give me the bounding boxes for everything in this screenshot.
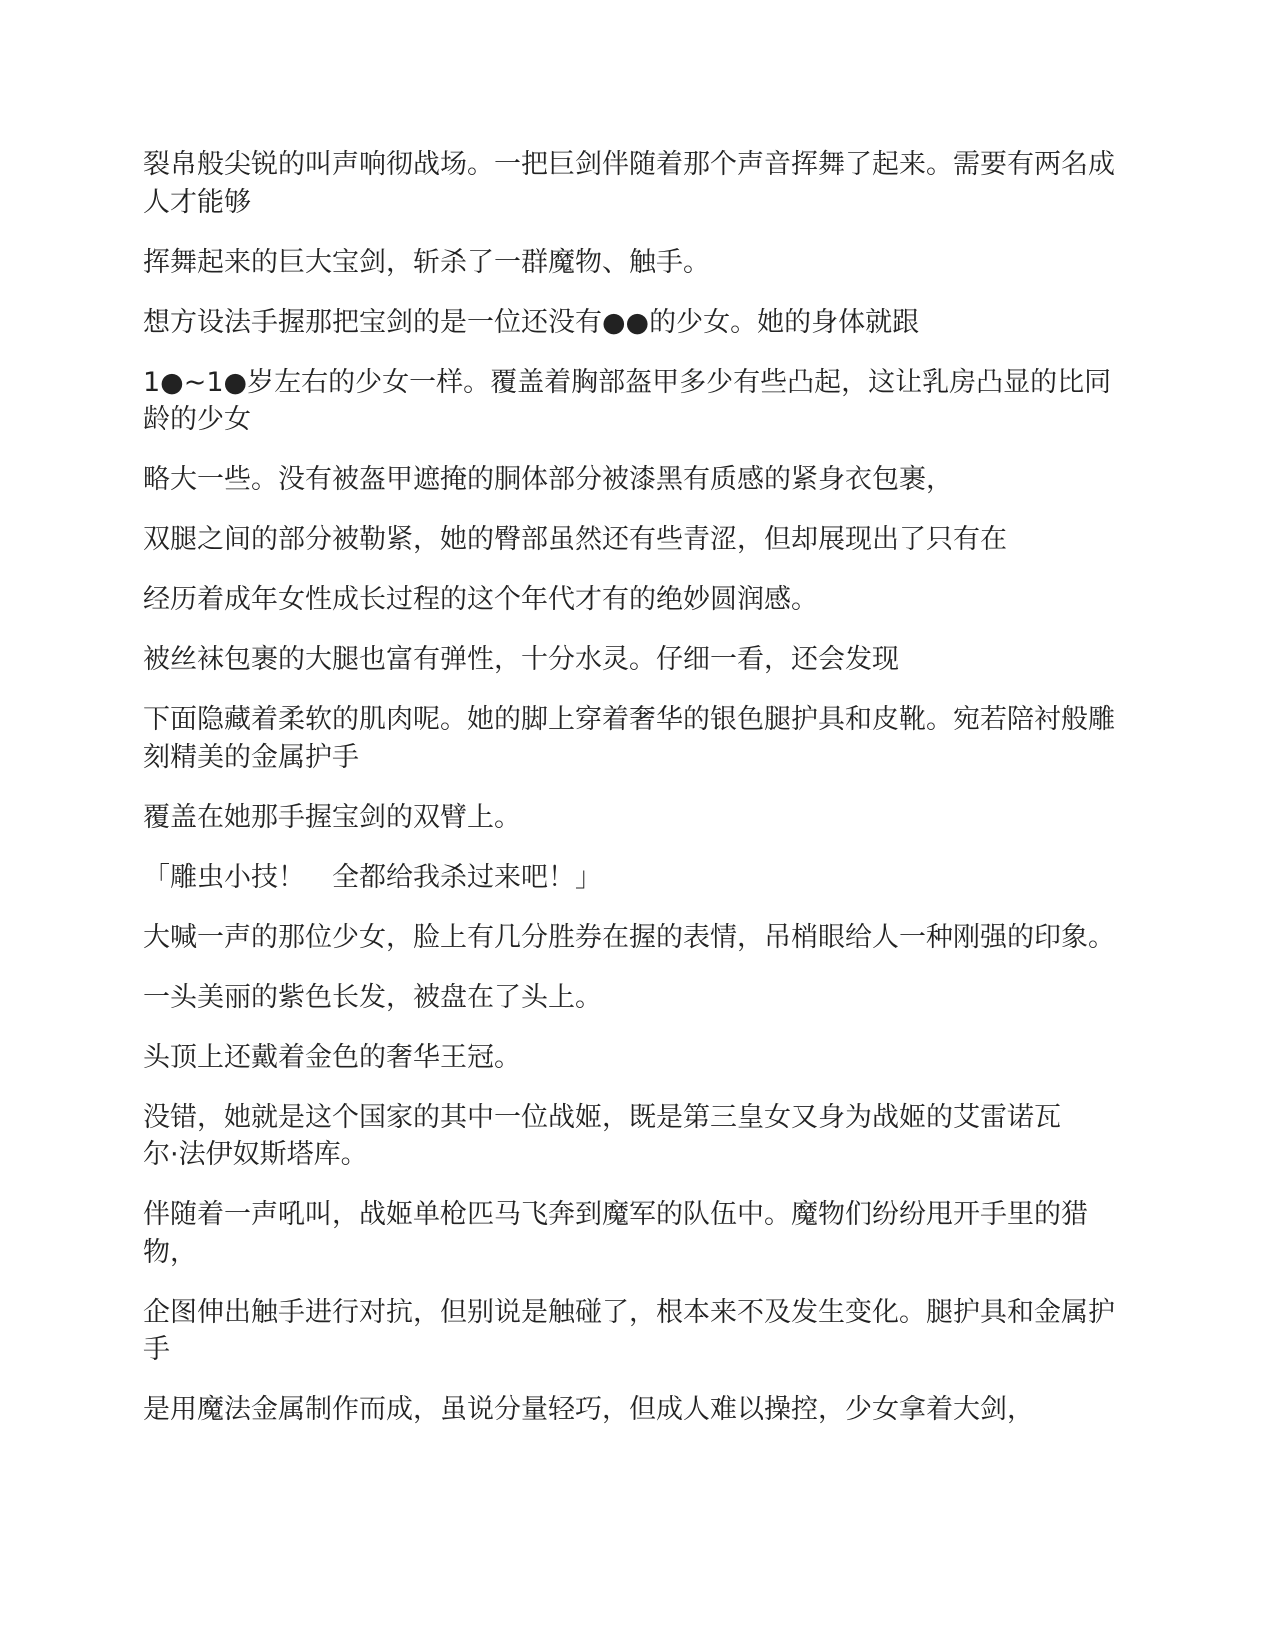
document-page: 裂帛般尖锐的叫声响彻战场。一把巨剑伴随着那个声音挥舞了起来。需要有两名成人才能够… — [0, 0, 1275, 1650]
text-line: 企图伸出触手进行对抗，但别说是触碰了，根本来不及发生变化。腿护具和金属护 — [143, 1294, 1133, 1332]
text-line: 裂帛般尖锐的叫声响彻战场。一把巨剑伴随着那个声音挥舞了起来。需要有两名成 — [143, 146, 1133, 184]
paragraph: 一头美丽的紫色长发，被盘在了头上。 — [143, 979, 1133, 1017]
paragraph: 伴随着一声吼叫，战姬单枪匹马飞奔到魔军的队伍中。魔物们纷纷甩开手里的猎物， — [143, 1196, 1133, 1271]
text-line: 物， — [143, 1234, 1133, 1272]
paragraph: 被丝袜包裹的大腿也富有弹性，十分水灵。仔细一看，还会发现 — [143, 641, 1133, 679]
text-line: 覆盖在她那手握宝剑的双臂上。 — [143, 799, 1133, 837]
paragraph: 覆盖在她那手握宝剑的双臂上。 — [143, 799, 1133, 837]
paragraph: 企图伸出触手进行对抗，但别说是触碰了，根本来不及发生变化。腿护具和金属护手 — [143, 1294, 1133, 1369]
text-line: 一头美丽的紫色长发，被盘在了头上。 — [143, 979, 1133, 1017]
text-line: 1●~1●岁左右的少女一样。覆盖着胸部盔甲多少有些凸起，这让乳房凸显的比同 — [143, 364, 1133, 402]
text-line: 伴随着一声吼叫，战姬单枪匹马飞奔到魔军的队伍中。魔物们纷纷甩开手里的猎 — [143, 1196, 1133, 1234]
paragraph: 挥舞起来的巨大宝剑，斩杀了一群魔物、触手。 — [143, 244, 1133, 282]
text-line: 没错，她就是这个国家的其中一位战姬，既是第三皇女又身为战姬的艾雷诺瓦 — [143, 1099, 1133, 1137]
paragraph: 略大一些。没有被盔甲遮掩的胴体部分被漆黑有质感的紧身衣包裹， — [143, 461, 1133, 499]
paragraph: 大喊一声的那位少女，脸上有几分胜券在握的表情，吊梢眼给人一种刚强的印象。 — [143, 919, 1133, 957]
text-line: 头顶上还戴着金色的奢华王冠。 — [143, 1039, 1133, 1077]
text-line: 经历着成年女性成长过程的这个年代才有的绝妙圆润感。 — [143, 581, 1133, 619]
paragraph: 经历着成年女性成长过程的这个年代才有的绝妙圆润感。 — [143, 581, 1133, 619]
paragraph: 下面隐藏着柔软的肌肉呢。她的脚上穿着奢华的银色腿护具和皮靴。宛若陪衬般雕刻精美的… — [143, 701, 1133, 776]
paragraph: 「雕虫小技！ 全都给我杀过来吧！」 — [143, 859, 1133, 897]
text-line: 「雕虫小技！ 全都给我杀过来吧！」 — [143, 859, 1133, 897]
text-line: 大喊一声的那位少女，脸上有几分胜券在握的表情，吊梢眼给人一种刚强的印象。 — [143, 919, 1133, 957]
text-line: 手 — [143, 1331, 1133, 1369]
paragraph: 裂帛般尖锐的叫声响彻战场。一把巨剑伴随着那个声音挥舞了起来。需要有两名成人才能够 — [143, 146, 1133, 221]
paragraph: 没错，她就是这个国家的其中一位战姬，既是第三皇女又身为战姬的艾雷诺瓦尔·法伊奴斯… — [143, 1099, 1133, 1174]
text-line: 略大一些。没有被盔甲遮掩的胴体部分被漆黑有质感的紧身衣包裹， — [143, 461, 1133, 499]
text-line: 被丝袜包裹的大腿也富有弹性，十分水灵。仔细一看，还会发现 — [143, 641, 1133, 679]
text-line: 刻精美的金属护手 — [143, 739, 1133, 777]
paragraph: 是用魔法金属制作而成，虽说分量轻巧，但成人难以操控，少女拿着大剑， — [143, 1391, 1133, 1429]
text-line: 双腿之间的部分被勒紧，她的臀部虽然还有些青涩，但却展现出了只有在 — [143, 521, 1133, 559]
document-body: 裂帛般尖锐的叫声响彻战场。一把巨剑伴随着那个声音挥舞了起来。需要有两名成人才能够… — [143, 146, 1133, 1429]
text-line: 人才能够 — [143, 184, 1133, 222]
paragraph: 想方设法手握那把宝剑的是一位还没有●●的少女。她的身体就跟 — [143, 304, 1133, 342]
text-line: 下面隐藏着柔软的肌肉呢。她的脚上穿着奢华的银色腿护具和皮靴。宛若陪衬般雕 — [143, 701, 1133, 739]
paragraph: 1●~1●岁左右的少女一样。覆盖着胸部盔甲多少有些凸起，这让乳房凸显的比同龄的少… — [143, 364, 1133, 439]
text-line: 想方设法手握那把宝剑的是一位还没有●●的少女。她的身体就跟 — [143, 304, 1133, 342]
text-line: 是用魔法金属制作而成，虽说分量轻巧，但成人难以操控，少女拿着大剑， — [143, 1391, 1133, 1429]
text-line: 龄的少女 — [143, 401, 1133, 439]
text-line: 挥舞起来的巨大宝剑，斩杀了一群魔物、触手。 — [143, 244, 1133, 282]
paragraph: 头顶上还戴着金色的奢华王冠。 — [143, 1039, 1133, 1077]
paragraph: 双腿之间的部分被勒紧，她的臀部虽然还有些青涩，但却展现出了只有在 — [143, 521, 1133, 559]
text-line: 尔·法伊奴斯塔库。 — [143, 1136, 1133, 1174]
